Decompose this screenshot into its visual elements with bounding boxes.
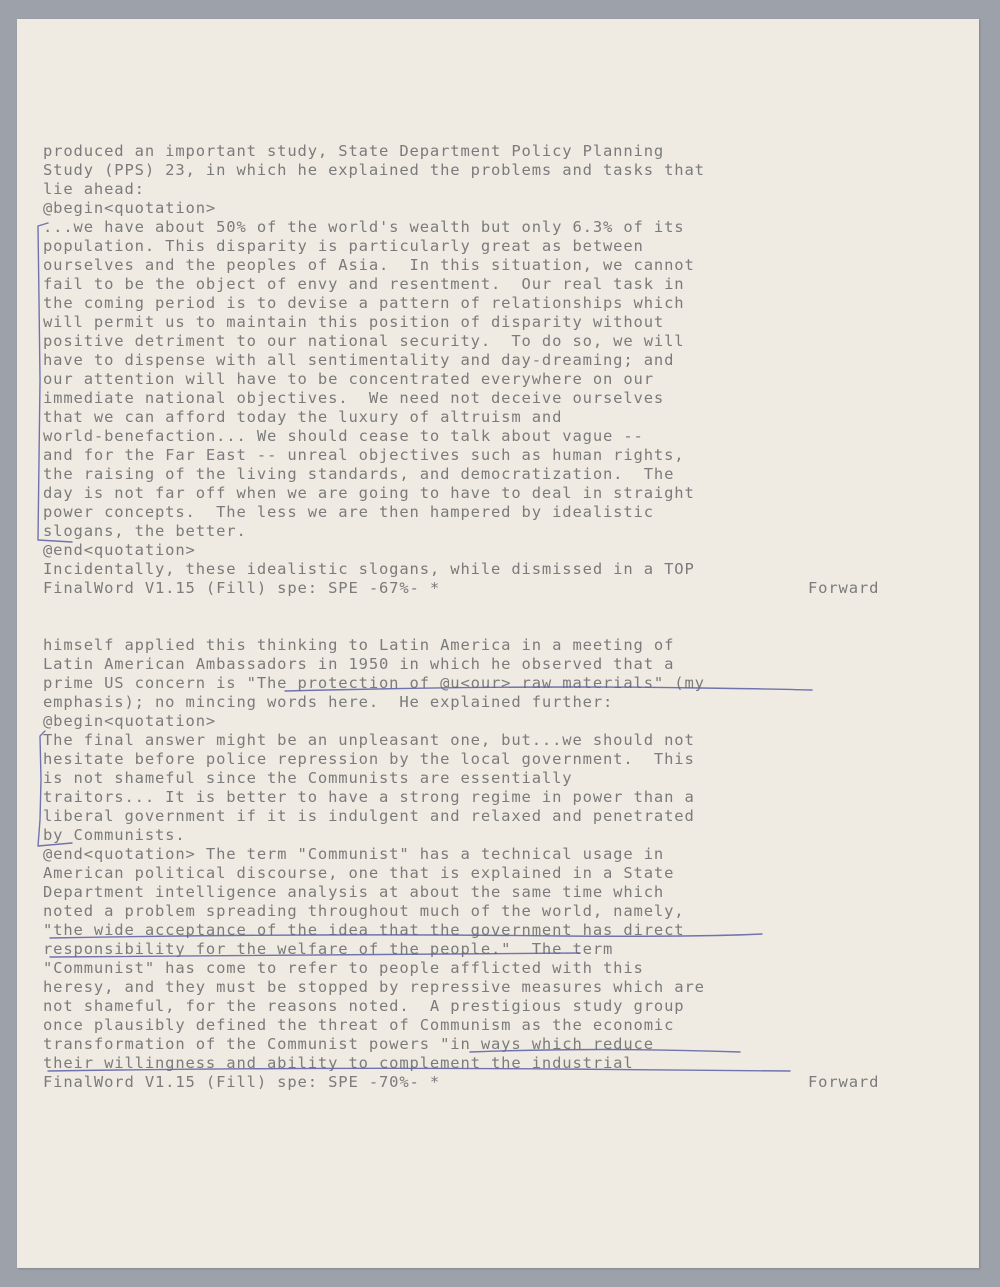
- quote-line: liberal government if it is indulgent an…: [43, 807, 695, 826]
- text-line: produced an important study, State Depar…: [43, 142, 664, 161]
- status-bar-right: Forward: [808, 1073, 879, 1092]
- text-line: American political discourse, one that i…: [43, 864, 674, 883]
- quote-line: the raising of the living standards, and…: [43, 465, 674, 484]
- quote-line: power concepts. The less we are then ham…: [43, 503, 654, 522]
- text-line: Study (PPS) 23, in which he explained th…: [43, 161, 705, 180]
- quote-line: immediate national objectives. We need n…: [43, 389, 664, 408]
- begin-quotation-marker: @begin<quotation>: [43, 199, 216, 218]
- quote-line: positive detriment to our national secur…: [43, 332, 684, 351]
- text-line: Incidentally, these idealistic slogans, …: [43, 560, 695, 579]
- text-line: emphasis); no mincing words here. He exp…: [43, 693, 613, 712]
- text-line: noted a problem spreading throughout muc…: [43, 902, 684, 921]
- text-line: responsibility for the welfare of the pe…: [43, 940, 613, 959]
- text-line: "Communist" has come to refer to people …: [43, 959, 644, 978]
- text-line: lie ahead:: [43, 180, 145, 199]
- quote-line: day is not far off when we are going to …: [43, 484, 695, 503]
- quote-line: fail to be the object of envy and resent…: [43, 275, 684, 294]
- quote-line: will permit us to maintain this position…: [43, 313, 664, 332]
- quote-line: have to dispense with all sentimentality…: [43, 351, 674, 370]
- end-quotation-marker: @end<quotation>: [43, 541, 196, 560]
- quote-line: The final answer might be an unpleasant …: [43, 731, 695, 750]
- quote-line: and for the Far East -- unreal objective…: [43, 446, 684, 465]
- text-line: "the wide acceptance of the idea that th…: [43, 921, 684, 940]
- text-line: prime US concern is "The protection of @…: [43, 674, 705, 693]
- quote-line: that we can afford today the luxury of a…: [43, 408, 562, 427]
- status-bar-left: FinalWord V1.15 (Fill) spe: SPE -70%- *: [43, 1073, 440, 1092]
- text-line: Latin American Ambassadors in 1950 in wh…: [43, 655, 674, 674]
- quote-line: by Communists.: [43, 826, 186, 845]
- quote-line: ourselves and the peoples of Asia. In th…: [43, 256, 695, 275]
- quote-line: traitors... It is better to have a stron…: [43, 788, 695, 807]
- text-line: once plausibly defined the threat of Com…: [43, 1016, 674, 1035]
- quote-line: our attention will have to be concentrat…: [43, 370, 654, 389]
- status-bar-left: FinalWord V1.15 (Fill) spe: SPE -67%- *: [43, 579, 440, 598]
- quote-line: ...we have about 50% of the world's weal…: [43, 218, 684, 237]
- status-bar-right: Forward: [808, 579, 879, 598]
- text-line: not shameful, for the reasons noted. A p…: [43, 997, 684, 1016]
- quote-line: hesitate before police repression by the…: [43, 750, 695, 769]
- quote-line: world-benefaction... We should cease to …: [43, 427, 644, 446]
- text-line: heresy, and they must be stopped by repr…: [43, 978, 705, 997]
- text-line: himself applied this thinking to Latin A…: [43, 636, 674, 655]
- end-quotation-marker: @end<quotation> The term "Communist" has…: [43, 845, 664, 864]
- quote-line: slogans, the better.: [43, 522, 247, 541]
- quote-line: is not shameful since the Communists are…: [43, 769, 572, 788]
- begin-quotation-marker: @begin<quotation>: [43, 712, 216, 731]
- text-line: Department intelligence analysis at abou…: [43, 883, 664, 902]
- text-line: transformation of the Communist powers "…: [43, 1035, 654, 1054]
- quote-line: the coming period is to devise a pattern…: [43, 294, 684, 313]
- quote-line: population. This disparity is particular…: [43, 237, 644, 256]
- text-line: their willingness and ability to complem…: [43, 1054, 634, 1073]
